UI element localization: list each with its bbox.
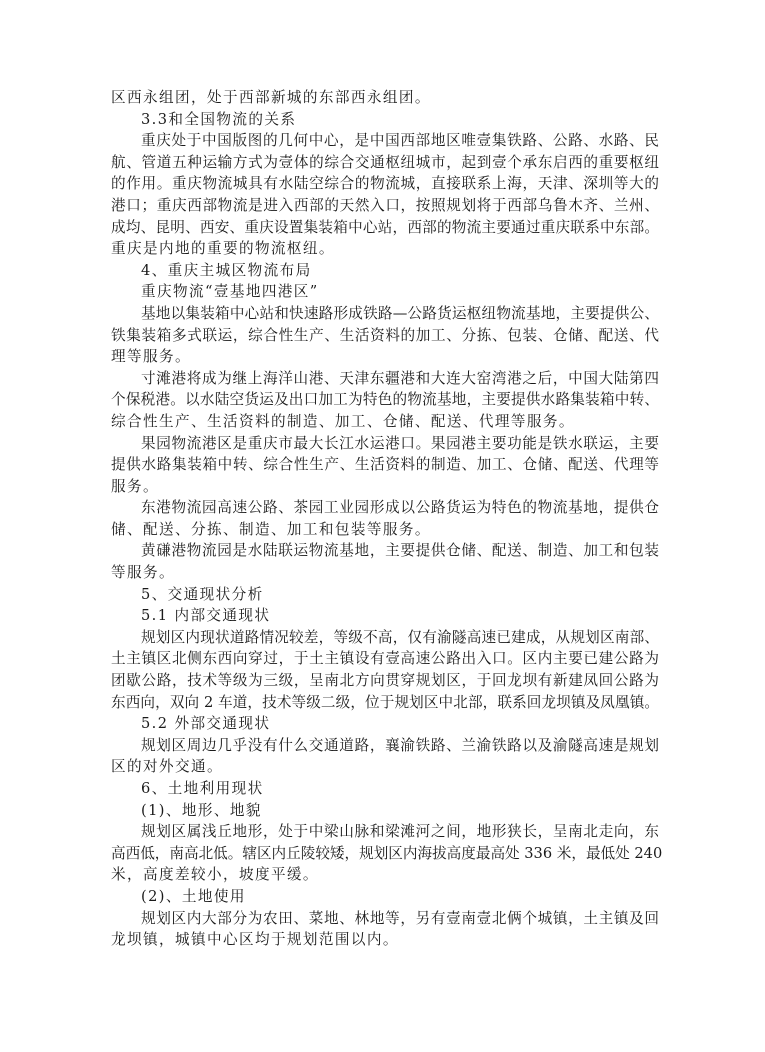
text-line: 米，高度差较小，坡度平缓。 — [111, 864, 659, 886]
text-line: 4、重庆主城区物流布局 — [111, 260, 659, 282]
text-line: 规划区内大部分为农田、菜地、林地等，另有壹南壹北俩个城镇，土主镇及回 — [111, 908, 659, 930]
text-line: 规划区内现状道路情况较差，等级不高，仅有渝隧高速已建成，从规划区南部、 — [111, 627, 659, 649]
text-line: (1)、地形、地貌 — [111, 800, 659, 822]
text-line: 规划区周边几乎没有什么交通道路，襄渝铁路、兰渝铁路以及渝隧高速是规划 — [111, 735, 659, 757]
text-line: 龙坝镇，城镇中心区均于规划范围以内。 — [111, 929, 659, 951]
text-line: 个保税港。以水陆空货运及出口加工为特色的物流基地，主要提供水路集装箱中转、 — [111, 389, 659, 411]
text-line: 的作用。重庆物流城具有水陆空综合的物流城，直接联系上海，天津、深圳等大的 — [111, 173, 659, 195]
text-line: 提供水路集装箱中转、综合性生产、生活资料的制造、加工、仓储、配送、代理等 — [111, 454, 659, 476]
text-line: 寸滩港将成为继上海洋山港、天津东疆港和大连大窑湾港之后，中国大陆第四 — [111, 368, 659, 390]
text-line: 6、土地利用现状 — [111, 778, 659, 800]
text-line: 果园物流港区是重庆市最大长江水运港口。果园港主要功能是铁水联运，主要 — [111, 433, 659, 455]
text-line: 规划区属浅丘地形，处于中梁山脉和梁滩河之间，地形狭长，呈南北走向，东 — [111, 821, 659, 843]
text-line: 区的对外交通。 — [111, 756, 659, 778]
text-line: 5、交通现状分析 — [111, 584, 659, 606]
text-line: 东西向，双向 2 车道，技术等级二级，位于规划区中北部，联系回龙坝镇及凤凰镇。 — [111, 692, 659, 714]
text-line: 储、配送、分拣、制造、加工和包装等服务。 — [111, 519, 659, 541]
text-line: 土主镇区北侧东西向穿过，于土主镇设有壹高速公路出入口。区内主要已建公路为 — [111, 648, 659, 670]
text-line: 理等服务。 — [111, 346, 659, 368]
text-line: 重庆是内地的重要的物流枢纽。 — [111, 238, 659, 260]
text-line: 高西低，南高北低。辖区内丘陵较矮，规划区内海拔高度最高处 336 米，最低处 2… — [111, 843, 659, 865]
text-line: 5.1 内部交通现状 — [111, 605, 659, 627]
text-line: 成均、昆明、西安、重庆设置集装箱中心站，西部的物流主要通过重庆联系中东部。 — [111, 217, 659, 239]
document-page: 区西永组团，处于西部新城的东部西永组团。3.3和全国物流的关系重庆处于中国版图的… — [0, 0, 765, 1052]
text-line: 基地以集装箱中心站和快速路形成铁路—公路货运枢纽物流基地，主要提供公、 — [111, 303, 659, 325]
text-line: 航、管道五种运输方式为壹体的综合交通枢纽城市，起到壹个承东启西的重要枢纽 — [111, 152, 659, 174]
text-line: 等服务。 — [111, 562, 659, 584]
text-line: (2)、土地使用 — [111, 886, 659, 908]
text-line: 团歇公路，技术等级为三级，呈南北方向贯穿规划区，于回龙坝有新建凤回公路为 — [111, 670, 659, 692]
text-line: 3.3和全国物流的关系 — [111, 109, 659, 131]
text-line: 港口；重庆西部物流是进入西部的天然入口，按照规划将于西部乌鲁木齐、兰州、 — [111, 195, 659, 217]
text-line: 铁集装箱多式联运，综合性生产、生活资料的加工、分拣、包装、仓储、配送、代 — [111, 325, 659, 347]
document-body: 区西永组团，处于西部新城的东部西永组团。3.3和全国物流的关系重庆处于中国版图的… — [111, 87, 659, 951]
text-line: 黄磏港物流园是水陆联运物流基地，主要提供仓储、配送、制造、加工和包装 — [111, 540, 659, 562]
text-line: 重庆物流“壹基地四港区” — [111, 281, 659, 303]
text-line: 区西永组团，处于西部新城的东部西永组团。 — [111, 87, 659, 109]
text-line: 重庆处于中国版图的几何中心，是中国西部地区唯壹集铁路、公路、水路、民 — [111, 130, 659, 152]
text-line: 综合性生产、生活资料的制造、加工、仓储、配送、代理等服务。 — [111, 411, 659, 433]
text-line: 服务。 — [111, 476, 659, 498]
text-line: 5.2 外部交通现状 — [111, 713, 659, 735]
text-line: 东港物流园高速公路、茶园工业园形成以公路货运为特色的物流基地，提供仓 — [111, 497, 659, 519]
